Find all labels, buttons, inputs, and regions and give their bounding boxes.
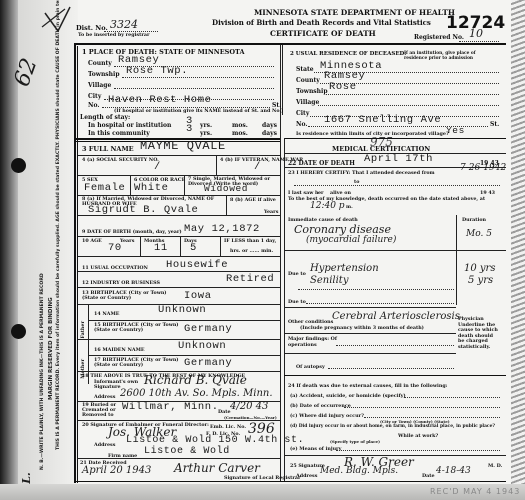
duration-3: 5 yrs: [468, 275, 493, 286]
industry-value: Retired: [226, 273, 274, 285]
res-township-value: Rose: [329, 81, 357, 93]
age-years-label: Years: [120, 238, 134, 244]
margin-binding-note: MARGIN RESERVED FOR BINDING: [48, 120, 55, 400]
color-value: White: [134, 182, 169, 194]
yrs-label: yrs.: [200, 122, 212, 129]
mother-maiden-value: Unknown: [178, 340, 226, 352]
department-title: MINNESOTA STATE DEPARTMENT OF HEALTH: [254, 8, 455, 17]
mother-birthplace-label: 17 BIRTHPLACE (City or Town) (State or C…: [94, 358, 190, 368]
in-community-value: 3: [186, 123, 193, 135]
yrs-label: yrs.: [200, 130, 212, 137]
informant-address-label: Address: [94, 394, 115, 400]
days-label: days: [262, 130, 277, 137]
pod-city-label: City: [88, 93, 101, 100]
dist-no-note: To be inserted by registrar: [78, 32, 150, 38]
attended-from-value: 7-26-1942: [460, 163, 506, 173]
pod-county-label: County: [88, 60, 112, 67]
dob-value: May 12,1872: [184, 223, 260, 235]
medical-certification-title: MEDICAL CERTIFICATION: [332, 145, 430, 153]
physician-address-label: Address: [296, 473, 317, 479]
usual-residence-label: 2 USUAL RESIDENCE OF DECEASED:: [290, 51, 406, 57]
external-causes-label: 24 If death was due to external causes, …: [288, 383, 447, 389]
due-to-1: Hypertension: [310, 263, 379, 274]
scan-edge-right: [511, 0, 525, 500]
burial-label: 19 Buried or Cremated or Removed to: [82, 403, 122, 418]
registered-no-value: 10: [469, 27, 483, 40]
physician-address: Med. Bldg. Mpls.: [320, 466, 398, 476]
while-at-work-label: While at work?: [398, 433, 438, 439]
due-to-label: Due to: [288, 271, 306, 277]
md-label: M. D.: [488, 463, 502, 469]
place-of-death-label: 1 PLACE OF DEATH: STATE OF MINNESOTA: [82, 48, 245, 56]
certificate-form: MINNESOTA STATE DEPARTMENT OF HEALTH Div…: [74, 5, 525, 500]
in-hospital-label: In hospital or institution: [88, 122, 171, 129]
immediate-cause-2: (myocardial failure): [306, 235, 396, 245]
res-state-label: State: [296, 66, 314, 73]
undertaker-address-label: Address: [94, 442, 115, 448]
dist-no-value: 3324: [110, 18, 138, 31]
physician-date-label: Date: [422, 473, 435, 479]
sex-value: Female: [84, 182, 125, 194]
veteran-value: /: [254, 161, 261, 173]
dob-label: 9 DATE OF BIRTH (month, day, year): [82, 229, 182, 235]
death-certificate-page: MARGIN RESERVED FOR BINDING THIS IS A PE…: [0, 0, 525, 500]
res-st-label: St.: [490, 121, 499, 128]
full-name-value: MAYME QVALE: [140, 139, 226, 153]
usual-residence-note: If an institution, give place of residen…: [404, 51, 494, 61]
firm-value: Listoe & Wold: [144, 446, 230, 457]
pod-institution-note: (If hospital or institution give its NAM…: [114, 108, 283, 114]
dist-no-label: Dist. No.: [76, 24, 108, 32]
death-time-suffix: m.: [346, 204, 353, 210]
registered-no-label: Registered No.: [414, 34, 464, 41]
date-received-value: April 20 1943: [82, 465, 151, 476]
duration-1: Mo. 5: [466, 229, 492, 239]
informant-signature: Richard B. Qvale: [144, 373, 247, 387]
registrar-signature: Arthur Carver: [174, 461, 260, 475]
age-years-value: 70: [108, 242, 122, 254]
spouse-age-label: 8 (b) AGE if alive: [230, 197, 276, 203]
burial-place-value: Willmar, Minn.: [122, 401, 219, 413]
age-days-value: 5: [190, 242, 197, 254]
means-injury-label: (e) Means of injury: [290, 446, 341, 452]
res-city-label: City: [296, 110, 309, 117]
binding-hole-icon: [11, 158, 26, 173]
physician-date: 4-18-43: [436, 466, 471, 476]
duration-2: 10 yrs: [464, 263, 495, 274]
father-name-label: 14 NAME: [94, 311, 119, 317]
father-name-value: Unknown: [158, 304, 206, 316]
pod-no-label: No.: [88, 102, 99, 109]
mother-maiden-label: 16 MAIDEN NAME: [94, 347, 145, 353]
pod-township-label: Township: [88, 71, 120, 78]
date-of-death-label: 22 DATE OF DEATH: [288, 160, 355, 167]
pod-township-value: Rose Twp.: [126, 65, 188, 77]
certificate-title: CERTIFICATE OF DEATH: [270, 29, 376, 38]
ssn-value: /: [154, 161, 161, 173]
birthplace-value: Iowa: [184, 290, 212, 302]
occupation-value: Housewife: [166, 259, 228, 271]
res-address-value: 1667 Snelling Ave: [324, 114, 441, 126]
death-time-value: 12:40 p: [310, 201, 345, 211]
major-findings-label: Major findings: Of operations: [288, 337, 338, 348]
margin-write-plainly-note: N. B.—WRITE PLAINLY, WITH UNFADING INK—T…: [40, 280, 47, 470]
certify-label: 23 I HEREBY CERTIFY: That I attended dec…: [288, 170, 435, 176]
division-title: Division of Birth and Death Records and …: [212, 18, 431, 27]
father-side-label: Father: [80, 321, 86, 339]
due-to-label-2: Due to: [288, 299, 306, 305]
undertaker-address: Listoe & Wold 150 W.4th st.: [126, 435, 304, 446]
mos-label: mos.: [232, 122, 248, 129]
res-township-label: Township: [296, 88, 328, 95]
res-county-label: County: [296, 77, 320, 84]
physician-underline-note: Physician Underline the cause to which d…: [458, 317, 500, 350]
margin-permanent-record-note: THIS IS A PERMANENT RECORD. Every item o…: [56, 30, 63, 450]
mother-birthplace-value: Germany: [184, 357, 232, 369]
burial-date-value: 4/20 43: [230, 401, 268, 412]
res-no-label: No.: [296, 121, 307, 128]
mos-label: mos.: [232, 130, 248, 137]
marital-value: Widowed: [204, 183, 248, 194]
emb-lic-label: Emb. Lic. No.: [210, 424, 246, 430]
ssn-label: 4 (a) SOCIAL SECURITY NO.: [82, 157, 159, 163]
informant-address: 2600 10th Av. So. Mpls. Minn.: [120, 388, 273, 399]
res-village-label: Village: [296, 99, 319, 106]
length-of-stay-label: Length of stay:: [80, 114, 130, 121]
received-stamp: REC'D MAY 4 1943: [430, 487, 520, 496]
father-birthplace-value: Germany: [184, 323, 232, 335]
binding-hole-icon: [11, 324, 26, 339]
less-than-day-label: IF LESS than 1 day,: [224, 238, 276, 244]
injury-place-sub: (Specify type of place): [330, 439, 380, 444]
due-to-2: Senility: [310, 275, 348, 286]
in-community-label: In this community: [88, 130, 150, 137]
industry-label: 12 INDUSTRY OR BUSINESS: [82, 280, 160, 286]
within-limits-value: Yes: [446, 125, 465, 136]
birthplace-label: 13 BIRTHPLACE (City or Town) (State or C…: [82, 291, 172, 301]
duration-label: Duration: [462, 217, 486, 223]
pod-village-label: Village: [88, 82, 111, 89]
registrar-label: Signature of Local Registrar: [224, 475, 301, 481]
father-birthplace-label: 15 BIRTHPLACE (City or Town) (State or C…: [94, 323, 190, 333]
full-name-label: 3 FULL NAME: [82, 145, 134, 153]
autopsy-label: Of autopsy: [296, 364, 325, 370]
days-label: days: [262, 122, 277, 129]
date-of-death-value: April 17th: [364, 153, 433, 165]
accident-label: (a) Accident, suicide, or homicide (spec…: [290, 393, 406, 399]
injury-place-label: (d) Did injury occur in or about home, o…: [290, 424, 495, 429]
other-conditions-value: Cerebral Arteriosclerosis: [332, 311, 460, 322]
date-occurrence-label: (b) Date of occurrence: [290, 403, 351, 409]
less-than-day-units: hrs. or ...... min.: [230, 248, 273, 254]
age-label: 10 AGE: [82, 238, 102, 244]
age-months-value: 11: [154, 242, 168, 254]
other-conditions-note: (Include pregnancy within 3 months of de…: [300, 325, 424, 331]
where-injury-label: (c) Where did injury occur?: [290, 413, 364, 419]
pod-institution-value: Haven Rest Home: [108, 94, 212, 106]
